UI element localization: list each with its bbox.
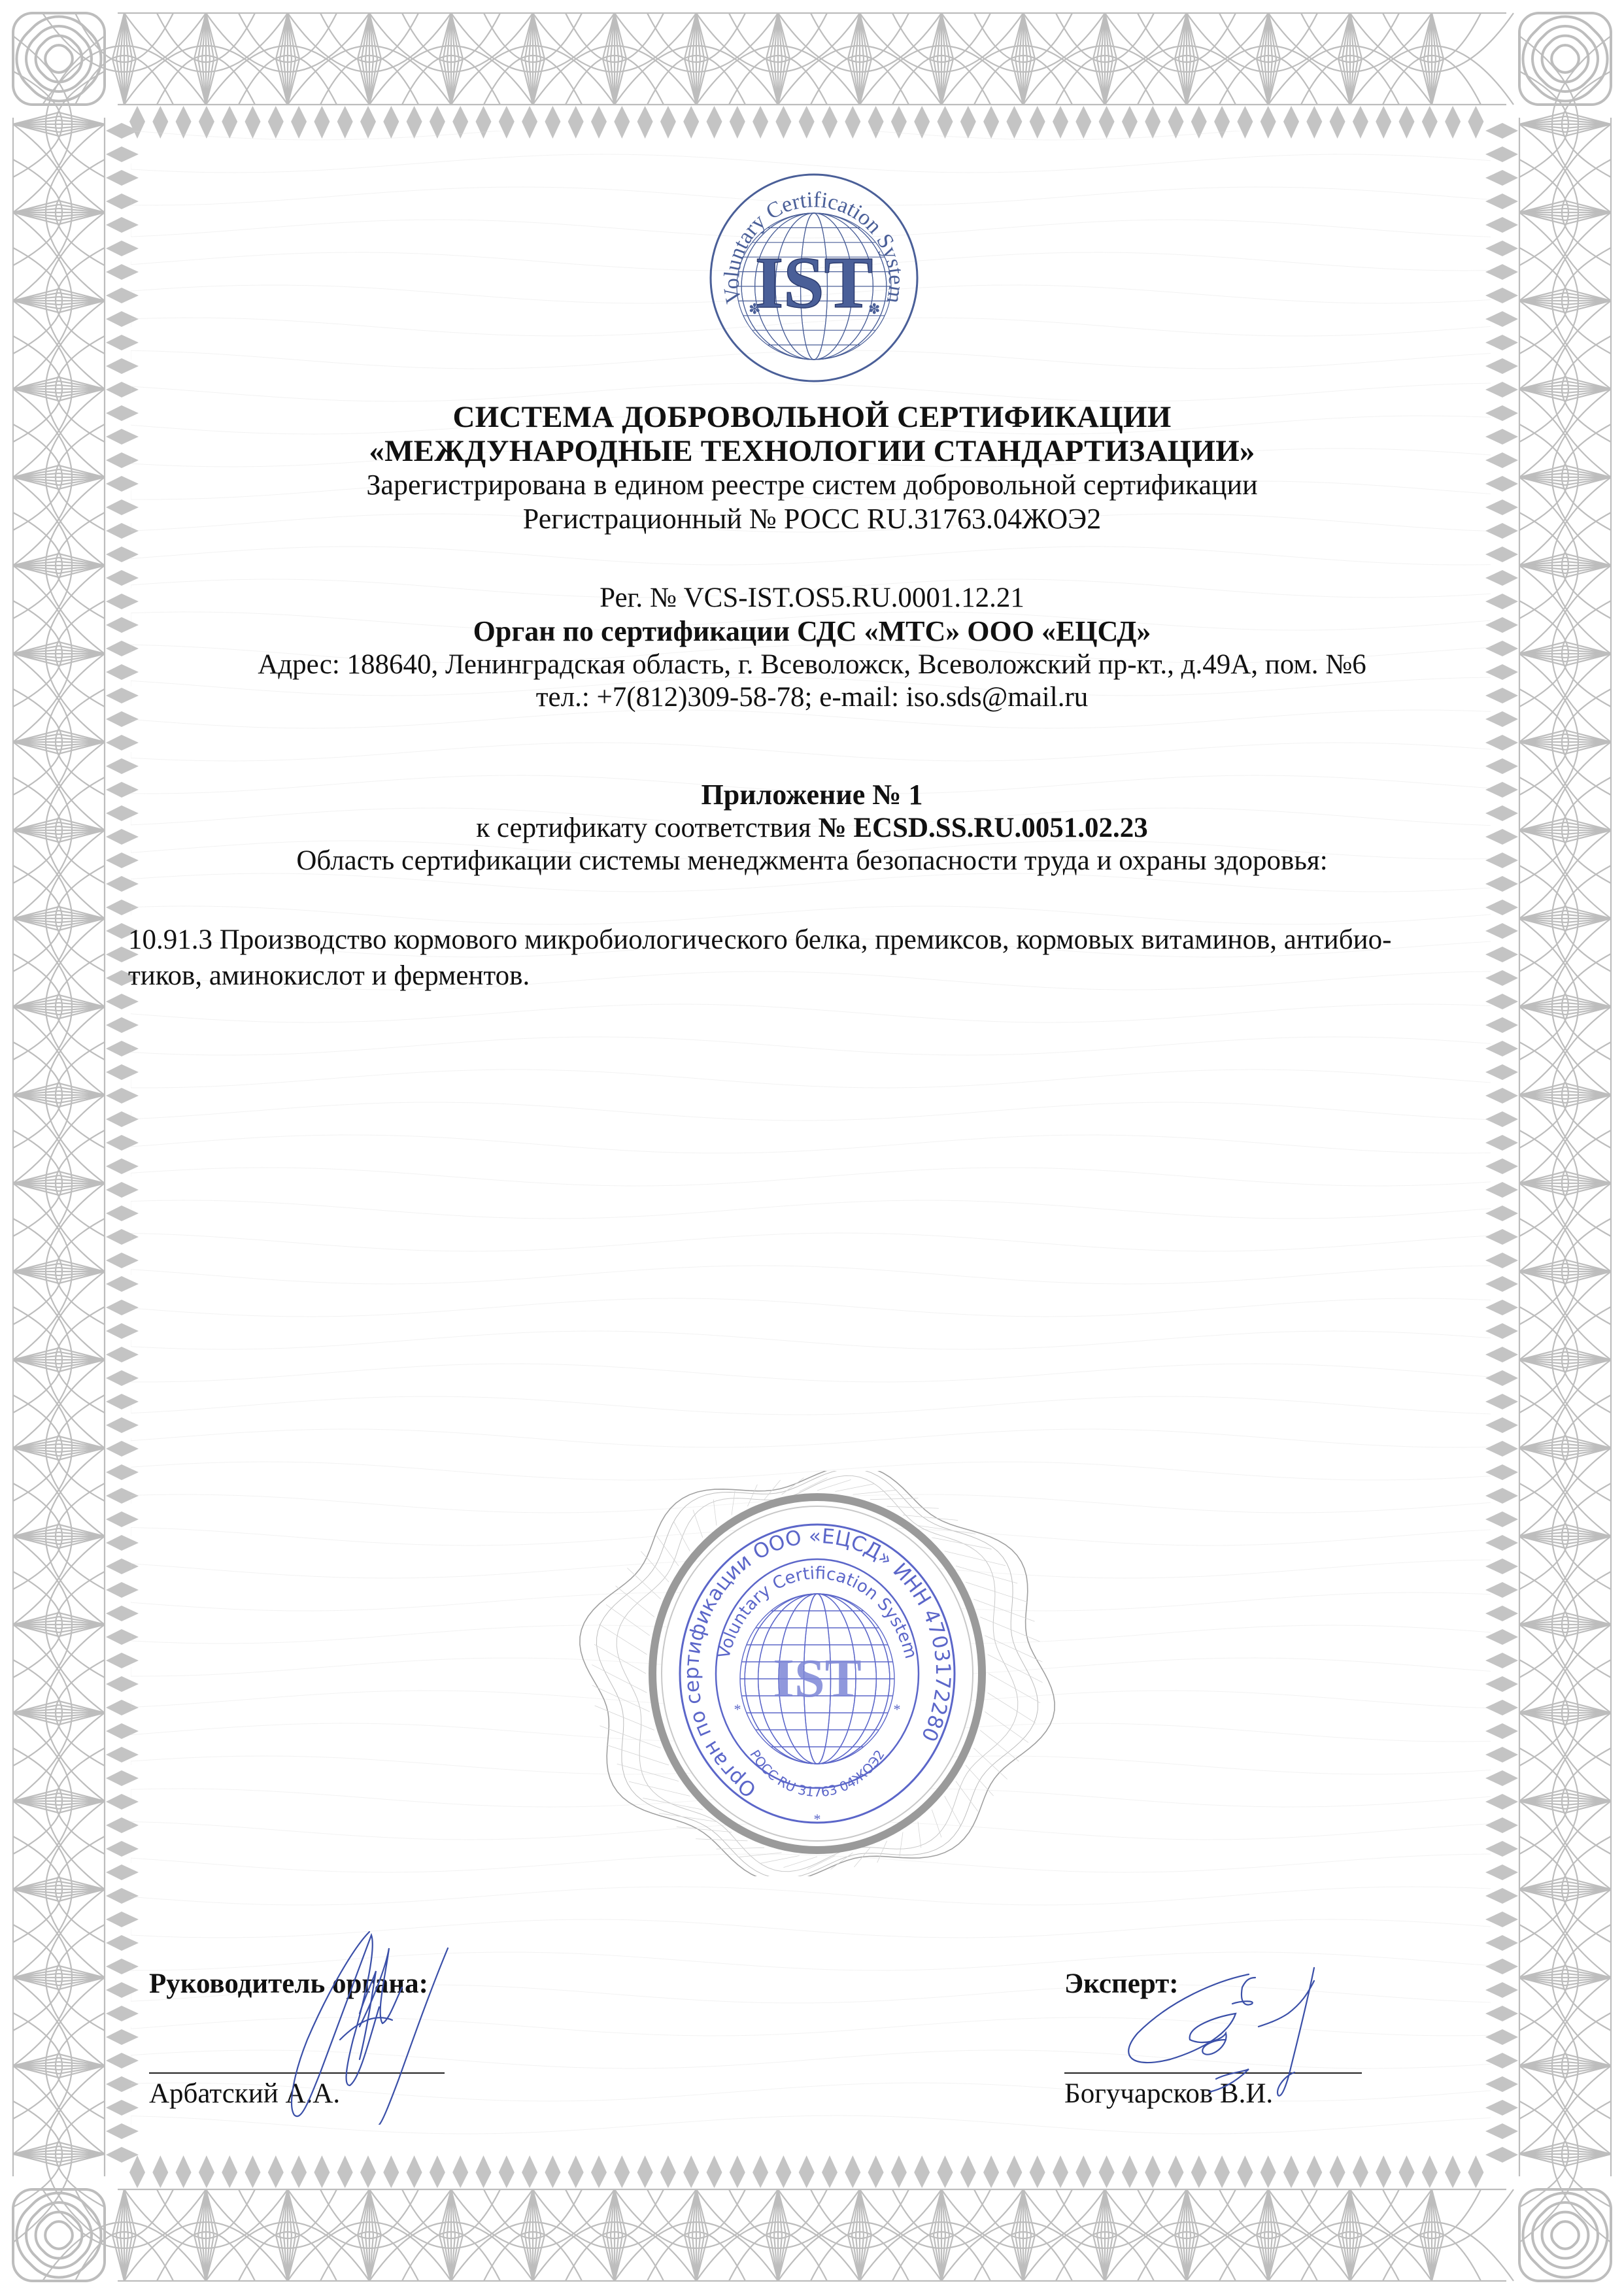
head-signature [262,1909,497,2125]
header: СИСТЕМА ДОБРОВОЛЬНОЙ СЕРТИФИКАЦИИ «МЕЖДУ… [0,400,1624,536]
scope-line: тиков, аминокислот и ферментов. [128,958,1501,994]
registry-note: Зарегистрирована в едином реестре систем… [0,468,1624,502]
body-contacts: тел.: +7(812)309-58-78; e-mail: iso.sds@… [0,681,1624,714]
star-icon: * [814,1811,821,1827]
body-address: Адрес: 188640, Ленинградская область, г.… [0,649,1624,681]
star-icon: * [734,1701,741,1717]
scope-line: 10.91.3 Производство кормового микробиол… [128,922,1501,958]
registry-number: Регистрационный № РОСС RU.31763.04ЖОЭ2 [0,502,1624,536]
seal-mark: IST [773,1648,861,1709]
star-icon: * [894,1701,901,1717]
appendix-header: Приложение № 1 к сертификату соответстви… [0,778,1624,877]
certification-body: Рег. № VCS-IST.OS5.RU.0001.12.21 Орган п… [0,582,1624,714]
certificate-reference: к сертификату соответствия № ECSD.SS.RU.… [0,812,1624,845]
body-reg-number: Рег. № VCS-IST.OS5.RU.0001.12.21 [0,582,1624,615]
expert-signature [1118,1955,1334,2105]
scope-text: 10.91.3 Производство кормового микробиол… [128,922,1501,994]
scope-heading: Область сертификации системы менеджмента… [0,845,1624,877]
appendix-title: Приложение № 1 [0,778,1624,812]
certificate-prefix: к сертификату соответствия [476,813,818,843]
body-name: Орган по сертификации СДС «МТС» ООО «ЕЦС… [0,615,1624,649]
system-subtitle: «МЕЖДУНАРОДНЫЕ ТЕХНОЛОГИИ СТАНДАРТИЗАЦИИ… [0,434,1624,468]
ist-logo: Voluntary Certification System IST ✽ ✽ [706,170,922,386]
flower-icon: ✽ [868,301,880,317]
flower-icon: ✽ [749,301,760,317]
official-seal: Орган по сертификации ООО «ЕЦСД» ИНН 470… [575,1471,1059,1876]
system-title: СИСТЕМА ДОБРОВОЛЬНОЙ СЕРТИФИКАЦИИ [0,400,1624,434]
certificate-number: № ECSD.SS.RU.0051.02.23 [818,813,1147,843]
logo-mark: IST [755,243,873,324]
